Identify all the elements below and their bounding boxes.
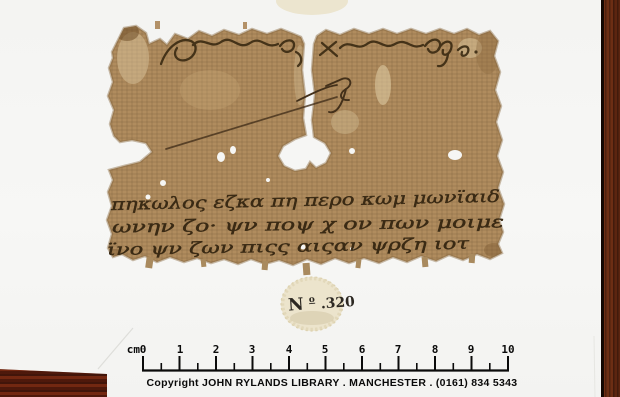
ruler-number-7: 7 xyxy=(388,343,408,356)
label-sup-o: o xyxy=(309,295,316,305)
paper-edge-line xyxy=(594,336,595,397)
ruler-number-1: 1 xyxy=(170,343,190,356)
photo-stage: πηκωλος εζκα πη περο κωμ μωνϊαιδ ωνην ζο… xyxy=(0,0,620,397)
ruler-number-5: 5 xyxy=(315,343,335,356)
ruler-ticks xyxy=(142,356,509,371)
ruler-number-0: 0 xyxy=(133,343,153,356)
photo-artwork: πηκωλος εζκα πη περο κωμ μωνϊαιδ ωνην ζο… xyxy=(0,0,620,397)
ruler-number-4: 4 xyxy=(279,343,299,356)
ruler-number-2: 2 xyxy=(206,343,226,356)
ruler-number-10: 10 xyxy=(498,343,518,356)
label-n: N xyxy=(287,295,304,316)
number-label: N o .320 xyxy=(281,277,356,331)
round-label-partial xyxy=(276,0,348,15)
papyrus-text-block: πηκωλος εζκα πη περο κωμ μωνϊαιδ ωνην ζο… xyxy=(107,187,504,259)
copyright-text: Copyright JOHN RYLANDS LIBRARY . MANCHES… xyxy=(146,377,518,389)
ruler-number-9: 9 xyxy=(461,343,481,356)
label-rest: .320 xyxy=(320,294,355,312)
ruler-number-6: 6 xyxy=(352,343,372,356)
wood-frame-right-edge xyxy=(601,0,620,397)
ruler-number-8: 8 xyxy=(425,343,445,356)
ruler-number-3: 3 xyxy=(242,343,262,356)
